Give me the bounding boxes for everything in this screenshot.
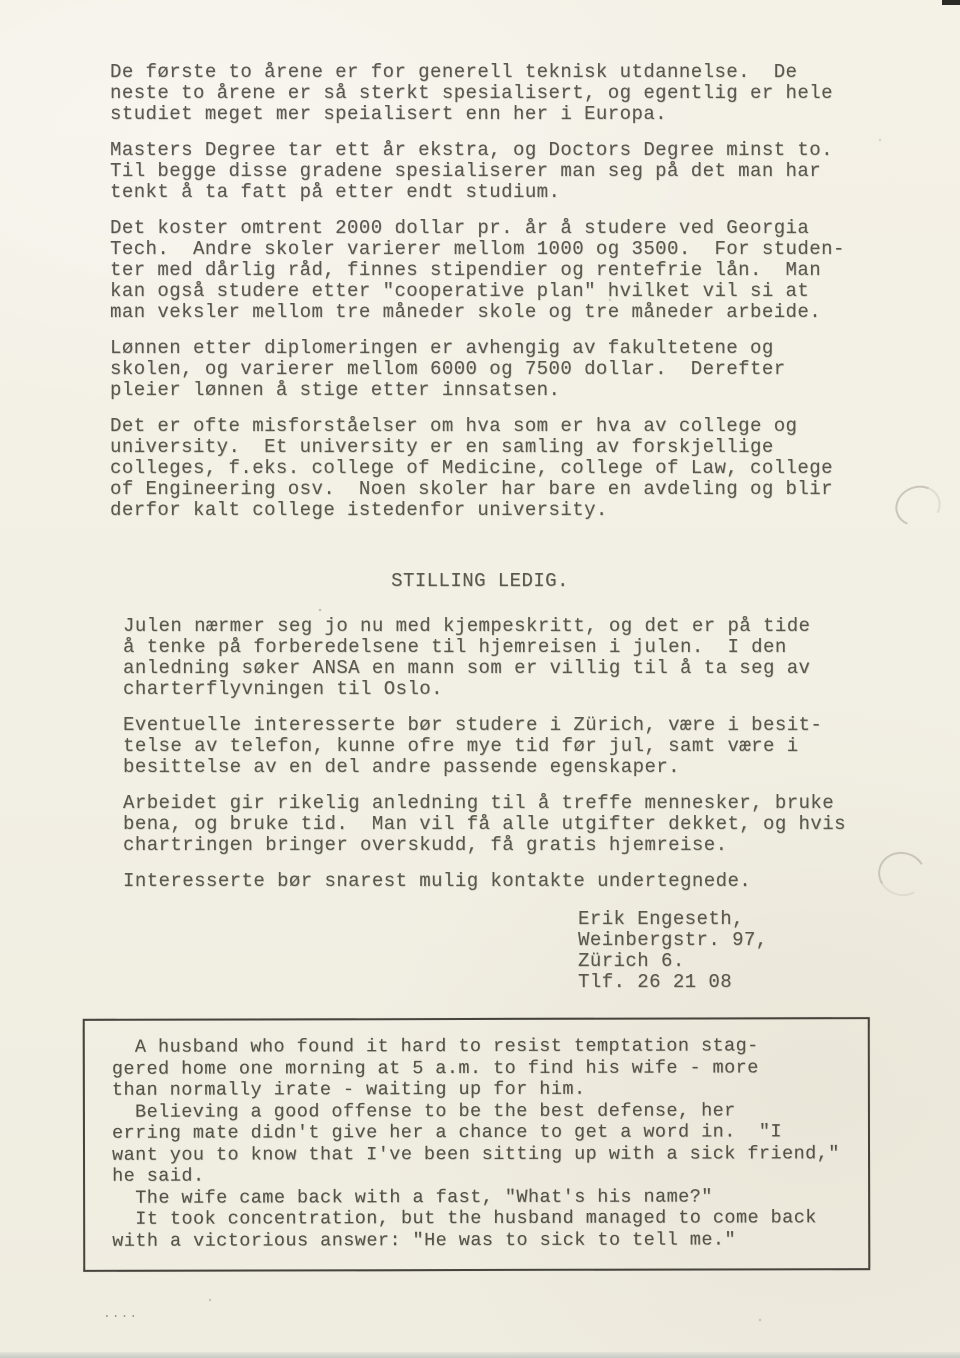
joke-box: A husband who found it hard to resist te…: [83, 1017, 871, 1272]
section-heading-stilling-ledig: STILLING LEDIG.: [110, 571, 880, 592]
scan-corner-mark: [942, 0, 960, 5]
paragraph-julen: Julen nærmer seg jo nu med kjempeskritt,…: [110, 616, 880, 700]
paragraph-college-university: Det er ofte misforståelser om hva som er…: [110, 416, 880, 521]
paragraph-requirements: Eventuelle interesserte bør studere i Zü…: [110, 715, 880, 778]
paragraph-contact: Interesserte bør snarest mulig kontakte …: [110, 871, 880, 892]
page-content: De første to årene er for generell tekni…: [110, 62, 880, 1271]
scan-edge-band: [0, 1352, 960, 1358]
pencil-smudge-circle: [873, 847, 931, 902]
paragraph-salary: Lønnen etter diplomeringen er avhengig a…: [110, 338, 880, 401]
signature-block: Erik Engeseth, Weinbergstr. 97, Zürich 6…: [578, 909, 880, 993]
pencil-smudge-circle: [890, 479, 947, 532]
faint-dots-mark: ....: [103, 1306, 138, 1321]
paragraph-costs: Det koster omtrent 2000 dollar pr. år å …: [110, 218, 880, 323]
paragraph-benefits: Arbeidet gir rikelig anledning til å tre…: [110, 793, 880, 856]
joke-text: A husband who found it hard to resist te…: [112, 1035, 868, 1252]
scanned-page: De første to årene er for generell tekni…: [0, 0, 960, 1358]
paragraph-degrees: Masters Degree tar ett år ekstra, og Doc…: [110, 140, 880, 203]
paragraph-study-years: De første to årene er for generell tekni…: [110, 62, 880, 125]
